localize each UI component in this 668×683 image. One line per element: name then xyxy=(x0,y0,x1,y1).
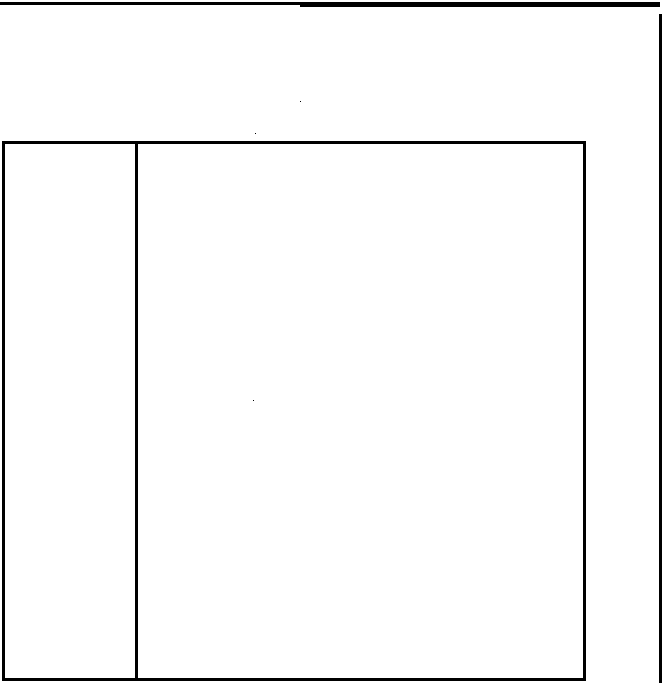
empty-table xyxy=(2,141,586,681)
scan-noise-dot xyxy=(255,133,256,134)
scanned-page xyxy=(0,0,668,683)
table-cell-left xyxy=(5,144,135,678)
top-border-line-segment xyxy=(300,4,660,7)
table-cell-right xyxy=(138,144,583,678)
scan-noise-dot xyxy=(300,101,301,102)
right-border-line xyxy=(659,14,662,683)
